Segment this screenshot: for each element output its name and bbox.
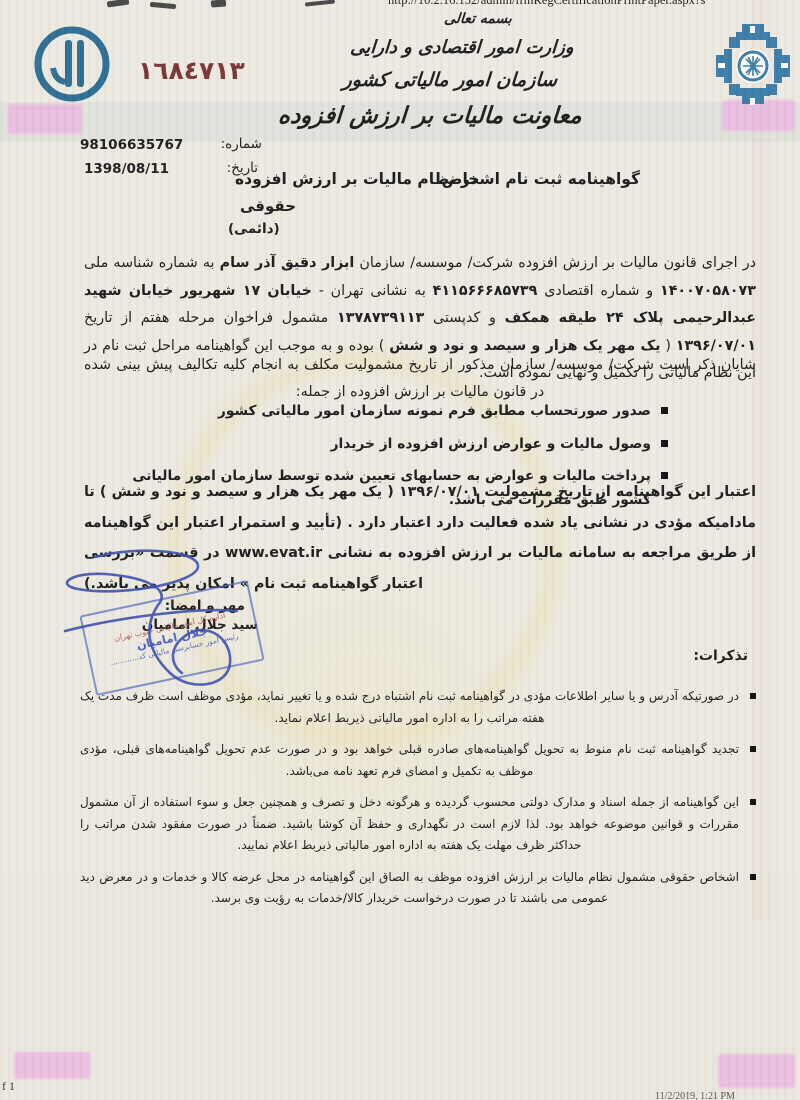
cropped-ink-mark: [107, 0, 130, 8]
certificate-title-system: در نظام مالیات بر ارزش افزوده: [235, 170, 478, 188]
highlighter-mark-bottom-left: [14, 1052, 90, 1079]
note-text: اشخاص حقوقی مشمول نظام مالیات بر ارزش اف…: [80, 870, 739, 906]
obligation-text: وصول مالیات و عوارض ارزش افزوده از خریدا…: [331, 436, 651, 452]
print-page-indicator: f 1: [2, 1079, 15, 1094]
obligation-item: صدور صورتحساب مطابق فرم نمونه سازمان امو…: [123, 399, 668, 423]
tax-organization-name: سازمان امور مالیاتی کشور: [342, 69, 558, 91]
square-bullet-icon: [661, 440, 668, 447]
square-bullet-icon: [750, 874, 756, 880]
obligations-intro-paragraph: شایان ذکر است شرکت/ موسسه/ سازمان مذکور …: [84, 352, 756, 406]
ministry-name: وزارت امور اقتصادی و دارایی: [350, 37, 575, 58]
note-item: اشخاص حقوقی مشمول نظام مالیات بر ارزش اف…: [80, 867, 756, 910]
cropped-ink-mark: [305, 0, 335, 7]
square-bullet-icon: [750, 693, 756, 699]
certificate-duration: (دائمی): [228, 221, 280, 237]
print-timestamp: 11/2/2019, 1:21 PM: [655, 1091, 735, 1100]
tax-organization-logo-icon: [712, 20, 794, 108]
square-bullet-icon: [661, 407, 668, 414]
bismillah-line: بسمه تعالی: [444, 11, 513, 27]
scan-warm-column: [752, 0, 782, 920]
obligation-item: وصول مالیات و عوارض ارزش افزوده از خریدا…: [123, 432, 668, 456]
number-label: شماره:: [221, 136, 262, 152]
scanned-certificate-page: http://10.2.16.152/admin/frmRegCertifica…: [0, 0, 800, 1100]
notes-list: در صورتیکه آدرس و یا سایر اطلاعات مؤدی د…: [80, 686, 756, 920]
highlighter-mark-top-left: [8, 104, 82, 134]
notes-heading: تذکرات:: [693, 648, 748, 664]
signature-scribble: [50, 545, 260, 700]
cropped-ink-mark: [211, 0, 226, 8]
note-item: این گواهینامه از جمله اسناد و مدارک دولت…: [80, 792, 756, 857]
note-text: تجدید گواهینامه ثبت نام منوط به تحویل گو…: [80, 742, 739, 778]
obligation-text: صدور صورتحساب مطابق فرم نمونه سازمان امو…: [218, 403, 651, 419]
print-url-fragment: http://10.2.16.152/admin/frmRegCertifica…: [388, 0, 800, 8]
highlighter-mark-bottom-right: [718, 1054, 795, 1088]
date-value: 1398/08/11: [84, 161, 169, 177]
vat-deputy-title: معاونت مالیات بر ارزش افزوده: [277, 103, 583, 129]
person-type: حقوقی: [240, 197, 296, 215]
square-bullet-icon: [750, 746, 756, 752]
ministry-logo-icon: [28, 22, 116, 106]
note-item: تجدید گواهینامه ثبت نام منوط به تحویل گو…: [80, 739, 756, 782]
handwritten-serial-number: ١٦٨٤٧١٣: [138, 56, 245, 85]
note-text: این گواهینامه از جمله اسناد و مدارک دولت…: [80, 795, 739, 852]
number-value: 98106635767: [80, 137, 183, 153]
square-bullet-icon: [750, 799, 756, 805]
cropped-ink-mark: [150, 2, 176, 9]
